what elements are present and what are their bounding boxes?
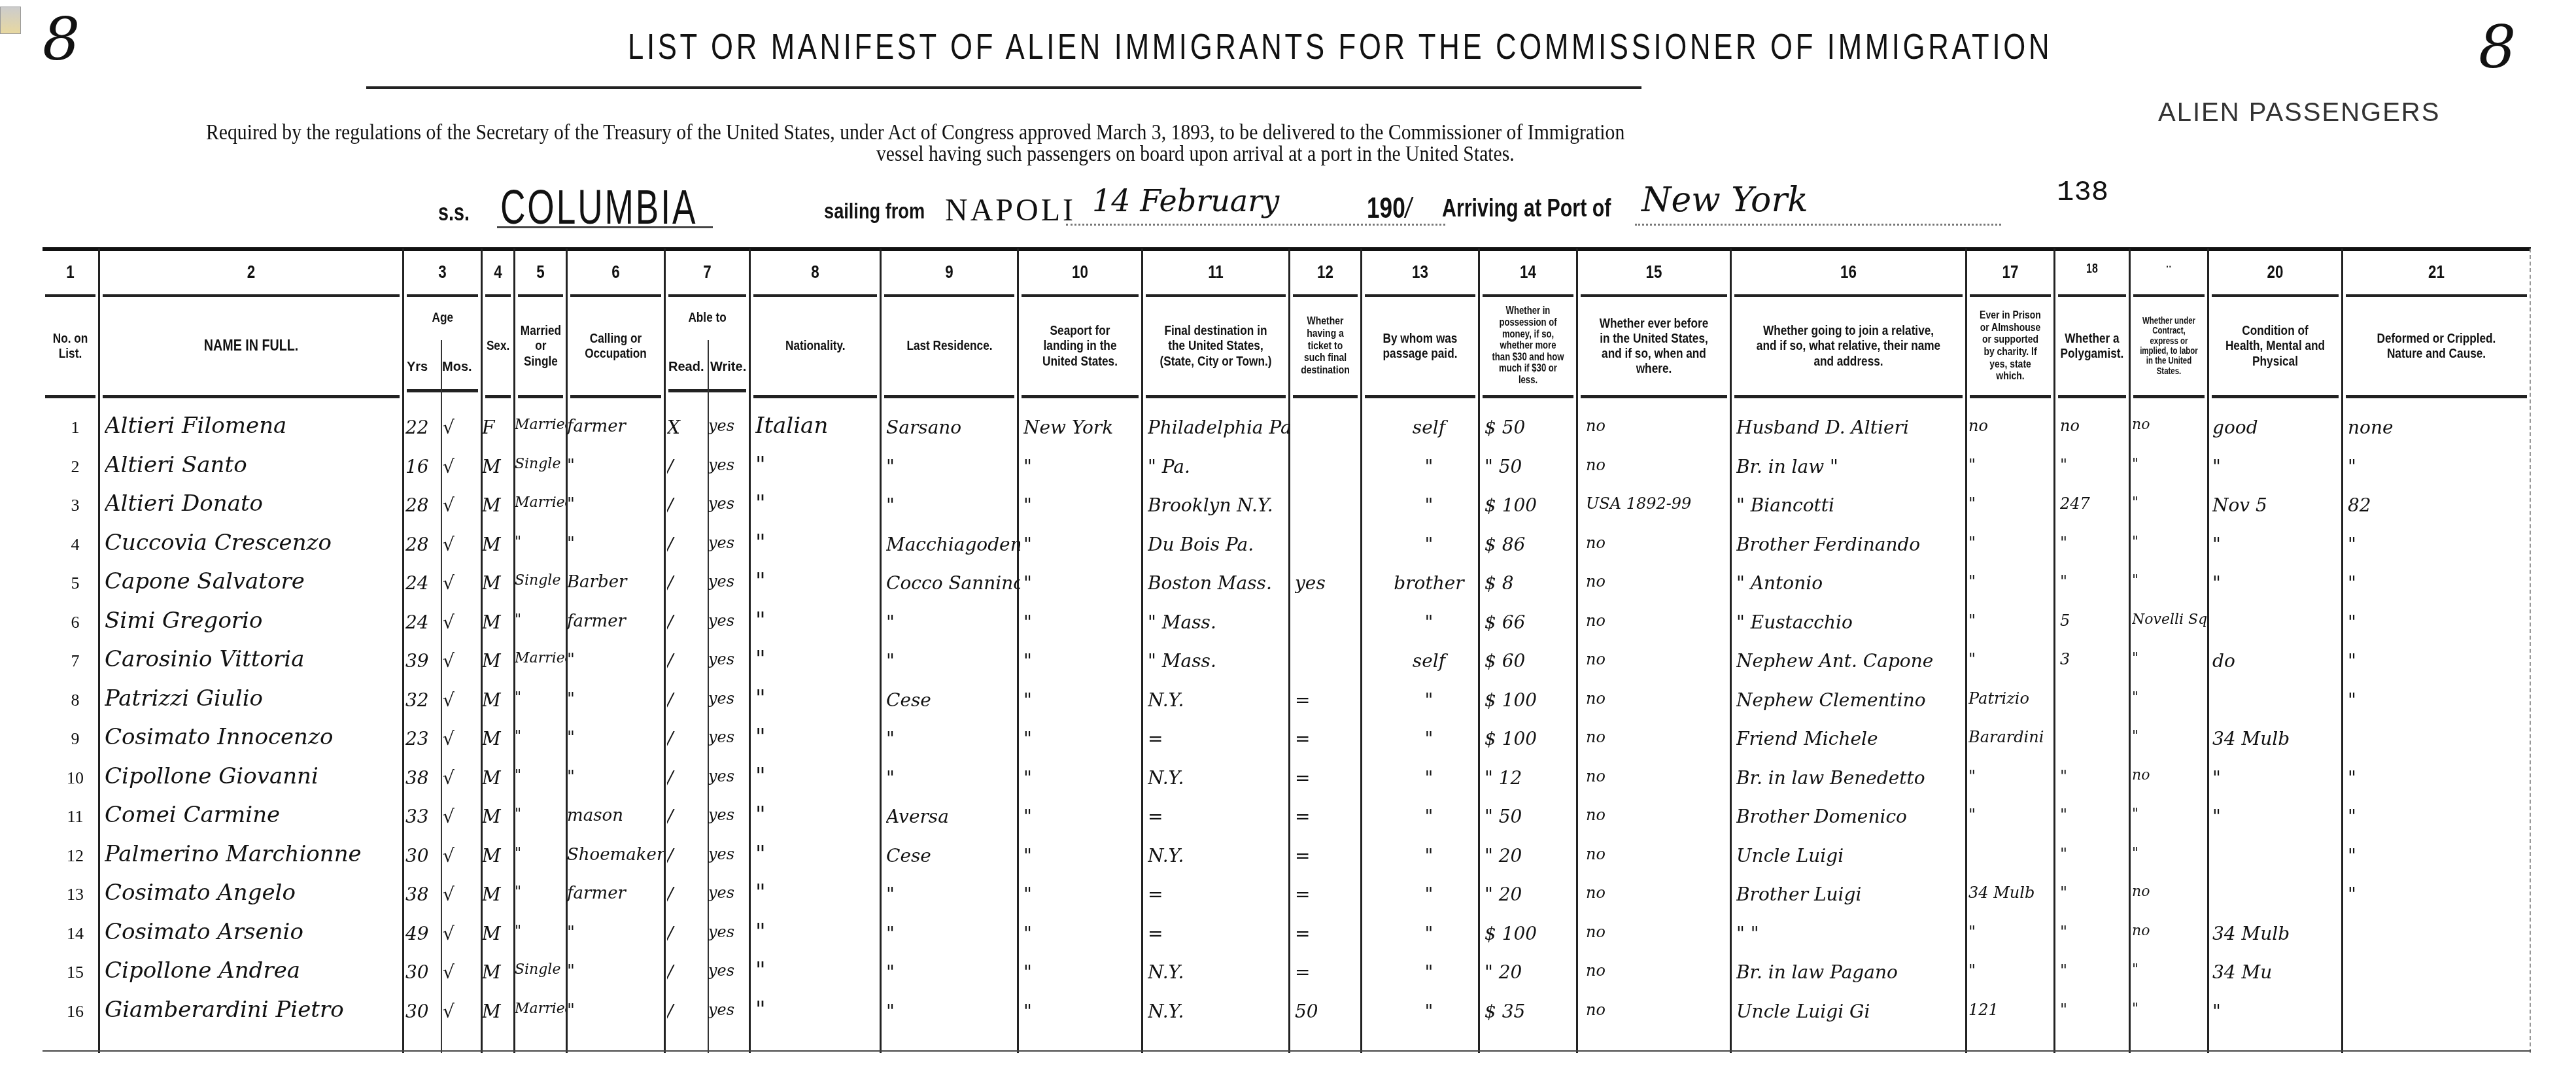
under-contract: " (2132, 456, 2207, 472)
polygamist: 3 (2060, 650, 2132, 668)
able-to-write: yes (708, 767, 747, 785)
seaport: " (1023, 611, 1144, 633)
final-destination: " Mass. (1148, 650, 1292, 672)
column-label: Final destination in the United States, … (1158, 323, 1273, 368)
passenger-row[interactable]: 5 Capone Salvatore 24 √ M Single Barber … (43, 564, 2531, 604)
column-label: Whether ever before in the United States… (1594, 316, 1714, 376)
deformed-crippled: " (2348, 767, 2531, 789)
age-years: 39 (405, 650, 441, 672)
final-destination: N.Y. (1148, 845, 1292, 867)
passage-paid-by: " (1383, 494, 1475, 516)
column-label: Whether having a ticket to such final de… (1299, 315, 1352, 376)
seaport: " (1023, 923, 1144, 944)
money: $ 60 (1485, 650, 1576, 672)
able-to-read: / (667, 456, 706, 477)
seaport: " (1023, 806, 1144, 827)
deformed-crippled: " (2348, 884, 2531, 905)
passenger-row[interactable]: 15 Cipollone Andrea 30 √ M Single " / ye… (43, 954, 2531, 993)
prison-almshouse: " (1968, 806, 2053, 824)
marital-status: Married (515, 1001, 566, 1017)
joining-relative: Brother Domenico (1736, 806, 1965, 827)
able-to-read: / (667, 728, 706, 749)
sex: M (482, 534, 513, 555)
marital-status: Married (515, 417, 566, 433)
marital-status: Married (515, 494, 566, 511)
previously-in-us: no (1586, 456, 1733, 474)
passenger-name: Palmerino Marchionne (105, 841, 402, 867)
health-condition: " (2212, 1001, 2343, 1022)
able-to-read: / (667, 611, 706, 633)
passenger-row[interactable]: 13 Cosimato Angelo 38 √ M " farmer / yes… (43, 876, 2531, 915)
occupation: Shoemaker (567, 845, 664, 865)
previously-in-us: no (1586, 534, 1733, 552)
column-header: Sex. (485, 294, 511, 398)
subheader-write: Write. (710, 360, 746, 375)
previously-in-us: no (1586, 961, 1733, 980)
able-to-read: / (667, 572, 706, 594)
previously-in-us: no (1586, 806, 1733, 824)
marital-status: " (515, 728, 566, 744)
deformed-crippled: " (2348, 534, 2531, 555)
occupation: mason (567, 806, 664, 825)
health-condition: do (2212, 650, 2343, 672)
money: $ 8 (1485, 572, 1576, 594)
column-label: Nationality. (785, 338, 846, 353)
joining-relative: " " (1736, 923, 1965, 944)
passenger-name: Comei Carmine (105, 802, 402, 828)
ship-rule (497, 226, 713, 228)
column-header: Whether in possession of money, if so, w… (1483, 294, 1573, 398)
column-label: Whether in possession of money, if so, w… (1491, 305, 1566, 386)
able-to-write: yes (708, 923, 747, 941)
joining-relative: Uncle Luigi (1736, 845, 1965, 867)
passenger-rows: 1 Altieri Filomena 22 √ F Married farmer… (43, 409, 2531, 1031)
age-years: 23 (405, 728, 441, 749)
column-header: Seaport for landing in the United States… (1022, 294, 1139, 398)
column-header: Whether going to join a relative, and if… (1734, 294, 1963, 398)
list-number: 11 (62, 807, 88, 827)
able-to-write: yes (708, 494, 747, 513)
joining-relative: " Biancotti (1736, 494, 1965, 516)
under-contract: " (2132, 650, 2207, 666)
nationality: " (755, 997, 880, 1023)
list-number: 14 (62, 924, 88, 944)
prison-almshouse: " (1968, 572, 2053, 591)
deformed-crippled: " (2348, 806, 2531, 827)
passenger-row[interactable]: 11 Comei Carmine 33 √ M " mason / yes " … (43, 798, 2531, 837)
age-years: 24 (405, 611, 441, 633)
column-header: Last Residence. (884, 294, 1014, 398)
age-years: 33 (405, 806, 441, 827)
prison-almshouse: " (1968, 923, 2053, 941)
able-to-read: / (667, 1001, 706, 1022)
deformed-crippled: " (2348, 845, 2531, 867)
window-icon[interactable] (0, 7, 21, 34)
marital-status: " (515, 845, 566, 861)
subtitle-line-2: vessel having such passengers on board u… (876, 143, 1515, 167)
passenger-row[interactable]: 7 Carosinio Vittoria 39 √ M Married " / … (43, 642, 2531, 681)
column-header: Whether having a ticket to such final de… (1293, 294, 1358, 398)
passenger-row[interactable]: 3 Altieri Donato 28 √ M Married " / yes … (43, 487, 2531, 526)
able-to-read: / (667, 767, 706, 789)
seaport: " (1023, 1001, 1144, 1022)
money: $ 100 (1485, 494, 1576, 516)
column-number: 3 (412, 262, 473, 283)
joining-relative: " Eustacchio (1736, 611, 1965, 633)
column-label: No. on List. (50, 331, 91, 361)
nationality: " (755, 530, 880, 556)
column-label: Seaport for landing in the United States… (1032, 323, 1128, 368)
age-months: √ (443, 728, 479, 749)
age-months: √ (443, 884, 479, 905)
sex: M (482, 845, 513, 867)
sex: M (482, 494, 513, 516)
list-number: 1 (62, 418, 88, 438)
list-number: 12 (62, 846, 88, 866)
ticket: = (1295, 767, 1360, 789)
occupation: " (567, 728, 664, 748)
column-number: 15 (1593, 262, 1715, 283)
able-to-read: X (667, 417, 706, 438)
ticket: = (1295, 806, 1360, 827)
occupation: " (567, 923, 664, 942)
able-to-read: / (667, 650, 706, 672)
health-condition: Nov 5 (2212, 494, 2343, 516)
final-destination: = (1148, 923, 1292, 944)
corner-mark-right: 8 (2479, 13, 2516, 82)
ticket: yes (1295, 572, 1360, 594)
polygamist: " (2060, 961, 2132, 980)
arriving-label: Arriving at Port of (1442, 195, 1611, 223)
manifest-title: LIST OR MANIFEST OF ALIEN IMMIGRANTS FOR… (628, 25, 1597, 67)
corner-mark-left: 8 (43, 5, 80, 74)
column-number: 8 (764, 262, 867, 283)
sex: M (482, 572, 513, 594)
age-months: √ (443, 1001, 479, 1022)
marital-status: Married (515, 650, 566, 666)
joining-relative: Husband D. Altieri (1736, 417, 1965, 438)
passenger-name: Capone Salvatore (105, 568, 402, 594)
nationality: " (755, 841, 880, 867)
age-years: 32 (405, 689, 441, 711)
sex: M (482, 961, 513, 983)
list-number: 8 (62, 691, 88, 710)
age-months: √ (443, 494, 479, 516)
passenger-row[interactable]: 9 Cosimato Innocenzo 23 √ M " " / yes " … (43, 720, 2531, 759)
previously-in-us: no (1586, 884, 1733, 902)
sex: M (482, 767, 513, 789)
final-destination: Du Bois Pa. (1148, 534, 1292, 555)
departure-port: NAPOLI (945, 192, 1076, 228)
passenger-row[interactable]: 1 Altieri Filomena 22 √ F Married farmer… (43, 409, 2531, 448)
seaport: " (1023, 884, 1144, 905)
deformed-crippled: " (2348, 572, 2531, 594)
polygamist: no (2060, 417, 2132, 435)
passenger-name: Cipollone Giovanni (105, 763, 402, 789)
under-contract: " (2132, 1001, 2207, 1017)
passenger-name: Cipollone Andrea (105, 957, 402, 984)
column-header: By whom was passage paid. (1365, 294, 1475, 398)
age-years: 28 (405, 534, 441, 555)
sailing-from-label: sailing from (824, 199, 925, 224)
column-number: 4 (486, 262, 511, 283)
passenger-row[interactable]: 12 Palmerino Marchionne 30 √ M " Shoemak… (43, 837, 2531, 876)
column-label: By whom was passage paid. (1375, 331, 1466, 361)
passage-paid-by: " (1383, 611, 1475, 633)
polygamist: " (2060, 767, 2132, 785)
last-residence: " (886, 923, 1020, 944)
final-destination: = (1148, 884, 1292, 905)
passenger-row[interactable]: 4 Cuccovia Crescenzo 28 √ M " " / yes " … (43, 526, 2531, 565)
previously-in-us: USA 1892-99 (1586, 494, 1733, 513)
deformed-crippled: " (2348, 456, 2531, 477)
able-to-read: / (667, 806, 706, 827)
passenger-row[interactable]: 14 Cosimato Arsenio 49 √ M " " / yes " "… (43, 915, 2531, 954)
last-residence: Cocco Sannino (886, 572, 1020, 594)
marital-status: " (515, 767, 566, 783)
able-to-write: yes (708, 689, 747, 708)
passage-paid-by: " (1383, 689, 1475, 711)
voyage-line: s.s. COLUMBIA sailing from NAPOLI 14 Feb… (438, 177, 2531, 229)
seaport: " (1023, 689, 1144, 711)
seaport: " (1023, 767, 1144, 789)
able-to-read: / (667, 534, 706, 555)
column-number: 16 (1755, 262, 1942, 283)
column-header: Whether ever before in the United States… (1581, 294, 1727, 398)
sex: M (482, 884, 513, 905)
passenger-row[interactable]: 16 Giamberardini Pietro 30 √ M Married "… (43, 993, 2531, 1032)
able-to-write: yes (708, 417, 747, 435)
able-to-read: / (667, 689, 706, 711)
marital-status: " (515, 689, 566, 706)
occupation: " (567, 650, 664, 670)
polygamist: " (2060, 572, 2132, 591)
final-destination: N.Y. (1148, 767, 1292, 789)
column-header: Age (407, 294, 478, 392)
under-contract: " (2132, 845, 2207, 861)
health-condition: " (2212, 806, 2343, 827)
polygamist: " (2060, 456, 2132, 474)
ship-label: s.s. (438, 199, 470, 226)
under-contract: " (2132, 689, 2207, 706)
column-header: Deformed or Crippled. Nature and Cause. (2346, 294, 2527, 398)
age-years: 16 (405, 456, 441, 477)
column-label: Ever in Prison or Almshouse or supported… (1977, 309, 2044, 383)
nationality: " (755, 490, 880, 517)
occupation: farmer (567, 417, 664, 436)
under-contract: Novelli Squarci (2132, 611, 2207, 628)
under-contract: " (2132, 572, 2207, 589)
previously-in-us: no (1586, 845, 1733, 863)
ticket: 50 (1295, 1001, 1360, 1022)
age-months: √ (443, 845, 479, 867)
able-to-read: / (667, 494, 706, 516)
able-to-write: yes (708, 845, 747, 863)
port-rule (1635, 224, 2001, 226)
health-condition: 34 Mulb (2212, 923, 2343, 944)
list-number: 2 (62, 457, 88, 477)
able-to-write: yes (708, 806, 747, 824)
under-contract: " (2132, 494, 2207, 511)
final-destination: Brooklyn N.Y. (1148, 494, 1292, 516)
seaport: " (1023, 494, 1144, 516)
prison-almshouse: " (1968, 650, 2053, 668)
last-residence: " (886, 961, 1020, 983)
nationality: " (755, 919, 880, 945)
health-condition: 34 Mulb (2212, 728, 2343, 749)
occupation: " (567, 1001, 664, 1020)
occupation: " (567, 689, 664, 709)
passenger-name: Cosimato Innocenzo (105, 724, 402, 750)
nationality: " (755, 880, 880, 906)
passage-paid-by: " (1383, 884, 1475, 905)
last-residence: " (886, 1001, 1020, 1022)
list-number: 9 (62, 729, 88, 749)
column-label: Condition of Health, Mental and Physical (2223, 323, 2327, 368)
age-months: √ (443, 650, 479, 672)
column-number: 11 (1158, 262, 1274, 283)
column-number: ·· (2138, 262, 2200, 273)
column-label: Age (432, 310, 453, 325)
final-destination: Philadelphia Pa. (1148, 417, 1292, 438)
nationality: " (755, 957, 880, 984)
previously-in-us: no (1586, 650, 1733, 668)
last-residence: Macchiagodena (886, 534, 1020, 555)
sex: M (482, 456, 513, 477)
health-condition: " (2212, 572, 2343, 594)
last-residence: Aversa (886, 806, 1020, 827)
occupation: " (567, 456, 664, 475)
passage-paid-by: self (1383, 650, 1475, 672)
age-years: 30 (405, 1001, 441, 1022)
arrival-port: New York (1641, 181, 1808, 220)
deformed-crippled: " (2348, 611, 2531, 633)
subtitle-line-1: Required by the regulations of the Secre… (206, 121, 2148, 145)
age-years: 28 (405, 494, 441, 516)
column-header: Whether a Polygamist. (2058, 294, 2126, 398)
money: $ 100 (1485, 689, 1576, 711)
health-condition: " (2212, 767, 2343, 789)
sex: M (482, 923, 513, 944)
occupation: " (567, 534, 664, 553)
column-header: Nationality. (753, 294, 877, 398)
ticket: = (1295, 961, 1360, 983)
passenger-name: Giamberardini Pietro (105, 997, 402, 1023)
sex: M (482, 1001, 513, 1022)
column-number: 17 (1976, 262, 2045, 283)
last-residence: " (886, 456, 1020, 477)
previously-in-us: no (1586, 728, 1733, 746)
list-number: 13 (62, 885, 88, 904)
occupation: Barber (567, 572, 664, 592)
last-residence: " (886, 650, 1020, 672)
sex: M (482, 650, 513, 672)
sex: M (482, 728, 513, 749)
able-to-read: / (667, 884, 706, 905)
previously-in-us: no (1586, 417, 1733, 435)
column-label: Last Residence. (906, 338, 992, 353)
passenger-name: Patrizzi Giulio (105, 685, 402, 712)
previously-in-us: no (1586, 767, 1733, 785)
column-number: 13 (1374, 262, 1467, 283)
list-number: 3 (62, 496, 88, 515)
column-label: NAME IN FULL. (204, 337, 298, 354)
list-number: 15 (62, 963, 88, 982)
passage-paid-by: " (1383, 456, 1475, 477)
passenger-name: Cuccovia Crescenzo (105, 530, 402, 556)
page-number: 138 (2057, 177, 2108, 209)
column-number: 1 (48, 262, 93, 283)
under-contract: no (2132, 417, 2207, 433)
age-months: √ (443, 611, 479, 633)
column-label: Able to (688, 310, 726, 325)
passage-paid-by: brother (1383, 572, 1475, 594)
prison-almshouse: " (1968, 494, 2053, 513)
ticket: = (1295, 728, 1360, 749)
passenger-row[interactable]: 6 Simi Gregorio 24 √ M " farmer / yes " … (43, 604, 2531, 643)
last-residence: " (886, 884, 1020, 905)
passenger-name: Simi Gregorio (105, 608, 402, 634)
nationality: " (755, 646, 880, 672)
able-to-read: / (667, 961, 706, 983)
column-number: 6 (577, 262, 655, 283)
able-to-write: yes (708, 611, 747, 630)
passage-paid-by: " (1383, 767, 1475, 789)
age-years: 38 (405, 767, 441, 789)
passenger-row[interactable]: 10 Cipollone Giovanni 38 √ M " " / yes "… (43, 759, 2531, 799)
passage-paid-by: " (1383, 923, 1475, 944)
column-number: 7 (674, 262, 741, 283)
list-number: 6 (62, 613, 88, 632)
final-destination: " Pa. (1148, 456, 1292, 477)
age-months: √ (443, 767, 479, 789)
age-months: √ (443, 534, 479, 555)
able-to-write: yes (708, 572, 747, 591)
age-months: √ (443, 572, 479, 594)
last-residence: Sarsano (886, 417, 1020, 438)
polygamist: " (2060, 884, 2132, 902)
passenger-row[interactable]: 8 Patrizzi Giulio 32 √ M " " / yes " Ces… (43, 681, 2531, 721)
passenger-name: Altieri Santo (105, 452, 402, 478)
passenger-name: Cosimato Angelo (105, 880, 402, 906)
previously-in-us: no (1586, 572, 1733, 591)
title-rule (366, 86, 1641, 89)
final-destination: N.Y. (1148, 961, 1292, 983)
column-label: Whether a Polygamist. (2061, 331, 2124, 361)
passenger-row[interactable]: 2 Altieri Santo 16 √ M Single " / yes " … (43, 448, 2531, 487)
occupation: farmer (567, 611, 664, 631)
column-header: Whether under Contract, express or impli… (2133, 294, 2205, 398)
occupation: " (567, 961, 664, 981)
prison-almshouse: " (1968, 767, 2053, 785)
column-number: 18 (2063, 262, 2121, 277)
column-header: No. on List. (45, 294, 95, 398)
polygamist: " (2060, 1001, 2132, 1019)
nationality: " (755, 763, 880, 789)
age-years: 30 (405, 845, 441, 867)
joining-relative: Brother Ferdinando (1736, 534, 1965, 555)
overprint-stamp: ALIEN PASSENGERS (2158, 98, 2440, 128)
final-destination: N.Y. (1148, 689, 1292, 711)
nationality: " (755, 802, 880, 828)
nationality: " (755, 685, 880, 712)
column-label: Sex. (487, 338, 509, 353)
money: " 20 (1485, 884, 1576, 905)
column-header: Married or Single (518, 294, 563, 398)
subheader-years: Yrs (407, 360, 428, 375)
under-contract: " (2132, 534, 2207, 550)
last-residence: " (886, 728, 1020, 749)
